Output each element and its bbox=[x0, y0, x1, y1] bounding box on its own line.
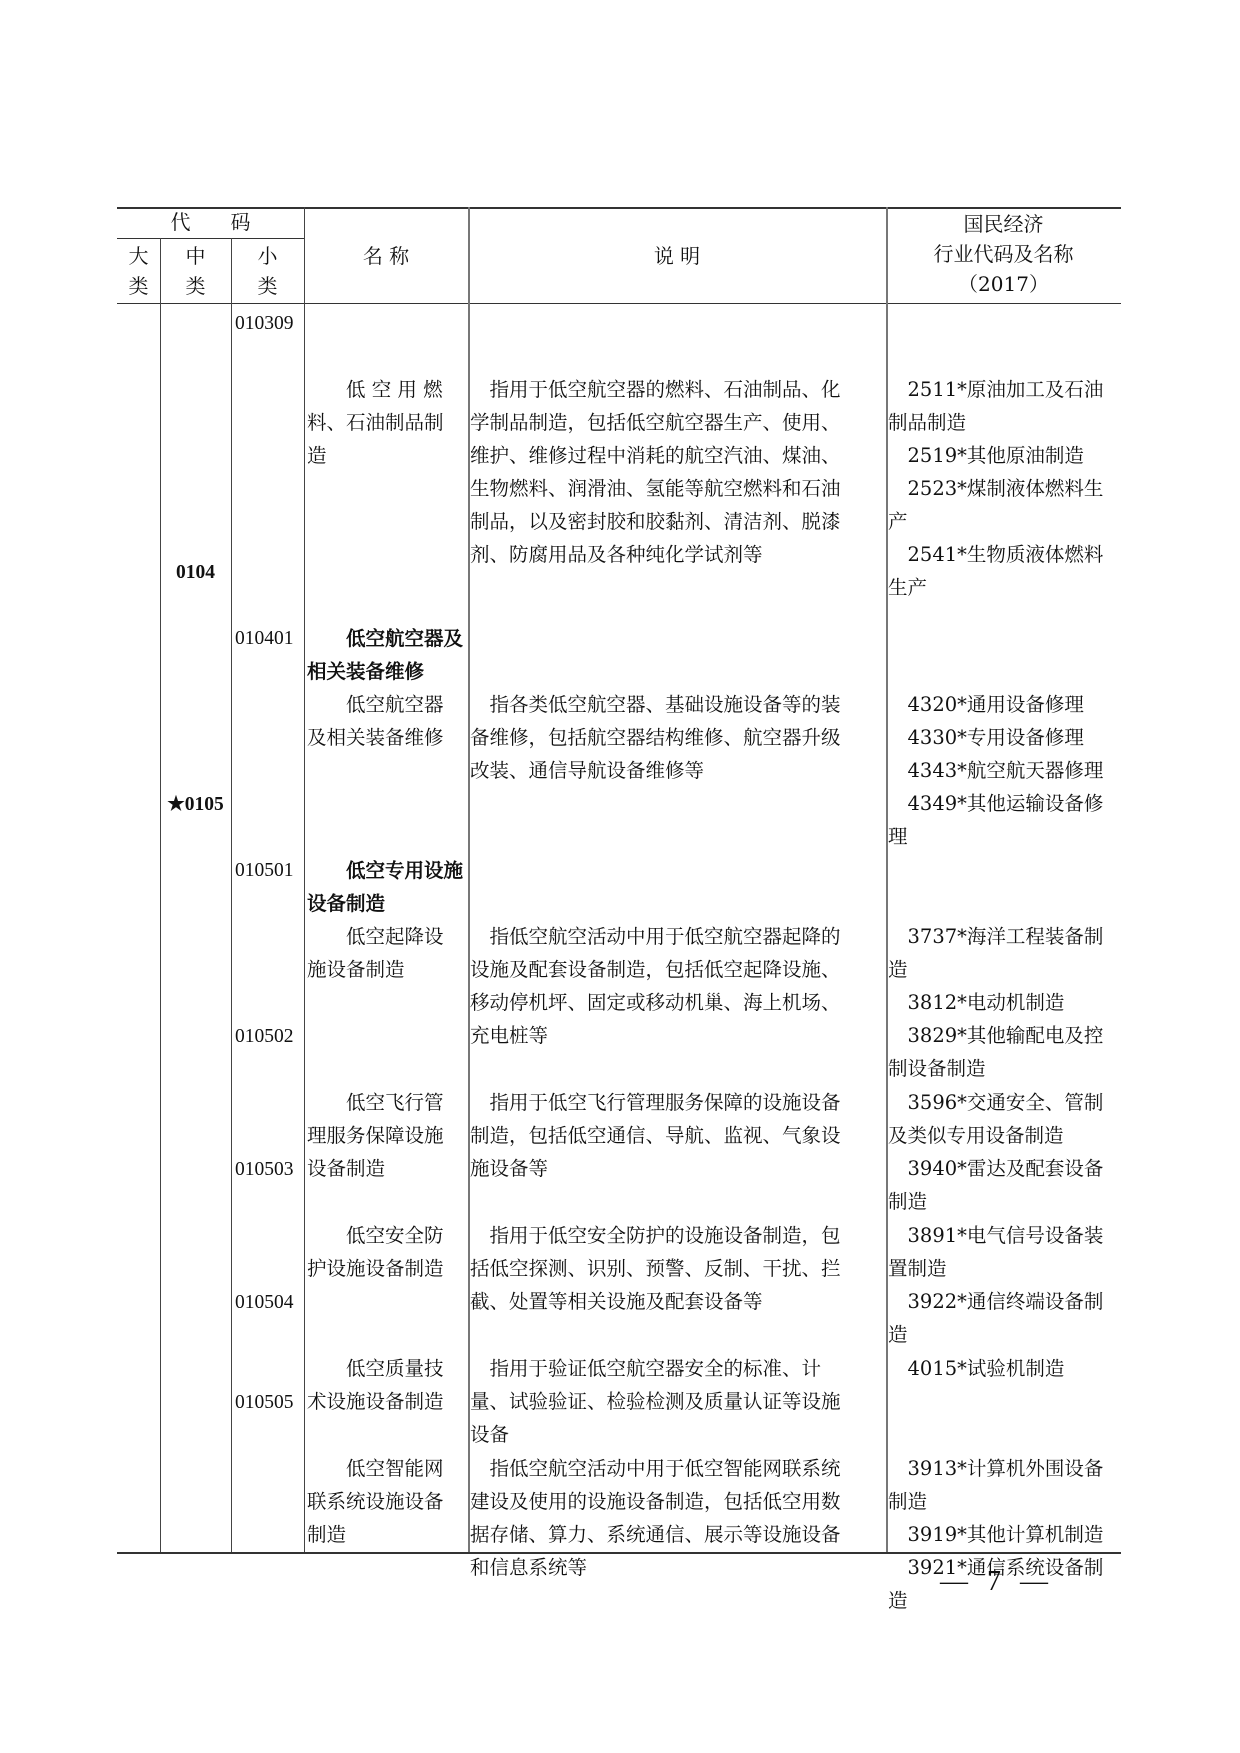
header-name: 名 称 bbox=[304, 241, 468, 271]
header-middle-line: 类 bbox=[160, 271, 231, 301]
minor-code: 010401 bbox=[235, 622, 294, 655]
minor-code: 010309 bbox=[235, 307, 294, 340]
header-major-line: 大 bbox=[117, 241, 160, 271]
header-description: 说 明 bbox=[468, 241, 886, 271]
minor-code: 010502 bbox=[235, 1020, 294, 1053]
header-code-group: 代 码 bbox=[117, 207, 304, 237]
item-description: 指用于低空航空器的燃料、石油制品、化学制品制造，包括低空航空器生产、使用、维护、… bbox=[470, 307, 841, 637]
middle-code: 0104 bbox=[160, 556, 231, 589]
minor-code: 010501 bbox=[235, 854, 294, 887]
header-middle-line: 中 bbox=[160, 241, 231, 271]
header-minor: 小 类 bbox=[231, 241, 304, 301]
col-divider bbox=[160, 238, 161, 1552]
header-industry-line: 国民经济 bbox=[886, 209, 1121, 239]
minor-code: 010503 bbox=[235, 1153, 294, 1186]
header-industry: 国民经济 行业代码及名称 （2017） bbox=[886, 209, 1121, 299]
document-page: 代 码 大 类 中 类 小 类 名 称 说 明 国民经济 行业代码及名称 （20… bbox=[0, 0, 1240, 1753]
minor-code: 010505 bbox=[235, 1386, 294, 1419]
header-minor-line: 类 bbox=[231, 271, 304, 301]
header-industry-line: 行业代码及名称 bbox=[886, 239, 1121, 269]
minor-code: 010504 bbox=[235, 1286, 294, 1319]
item-description: 指各类低空航空器、基础设施设备等的装备维修，包括航空器结构维修、航空器升级改装、… bbox=[470, 622, 841, 853]
col-divider bbox=[304, 207, 305, 1552]
item-name: 低 空 用 燃料、石油制品制造 bbox=[307, 307, 444, 538]
header-divider bbox=[117, 238, 304, 239]
item-name: 低空智能网联系统设施设备制造 bbox=[307, 1386, 444, 1617]
middle-code: ★0105 bbox=[160, 788, 231, 821]
header-middle: 中 类 bbox=[160, 241, 231, 301]
industry-codes: 3913*计算机外围设备制造 3919*其他计算机制造 3921*通信系统设备制… bbox=[888, 1386, 1103, 1683]
page-number: — 7 — bbox=[940, 1566, 1054, 1598]
item-description: 指低空航空活动中用于低空智能网联系统建设及使用的设施设备制造，包括低空用数据存储… bbox=[470, 1386, 841, 1650]
col-divider bbox=[231, 238, 232, 1552]
header-bottom-rule bbox=[117, 303, 1121, 304]
header-minor-line: 小 bbox=[231, 241, 304, 271]
header-industry-line: （2017） bbox=[886, 269, 1121, 299]
header-major-line: 类 bbox=[117, 271, 160, 301]
header-major: 大 类 bbox=[117, 241, 160, 301]
industry-codes: 2511*原油加工及石油制品制造 2519*其他原油制造 2523*煤制液体燃料… bbox=[888, 307, 1103, 670]
